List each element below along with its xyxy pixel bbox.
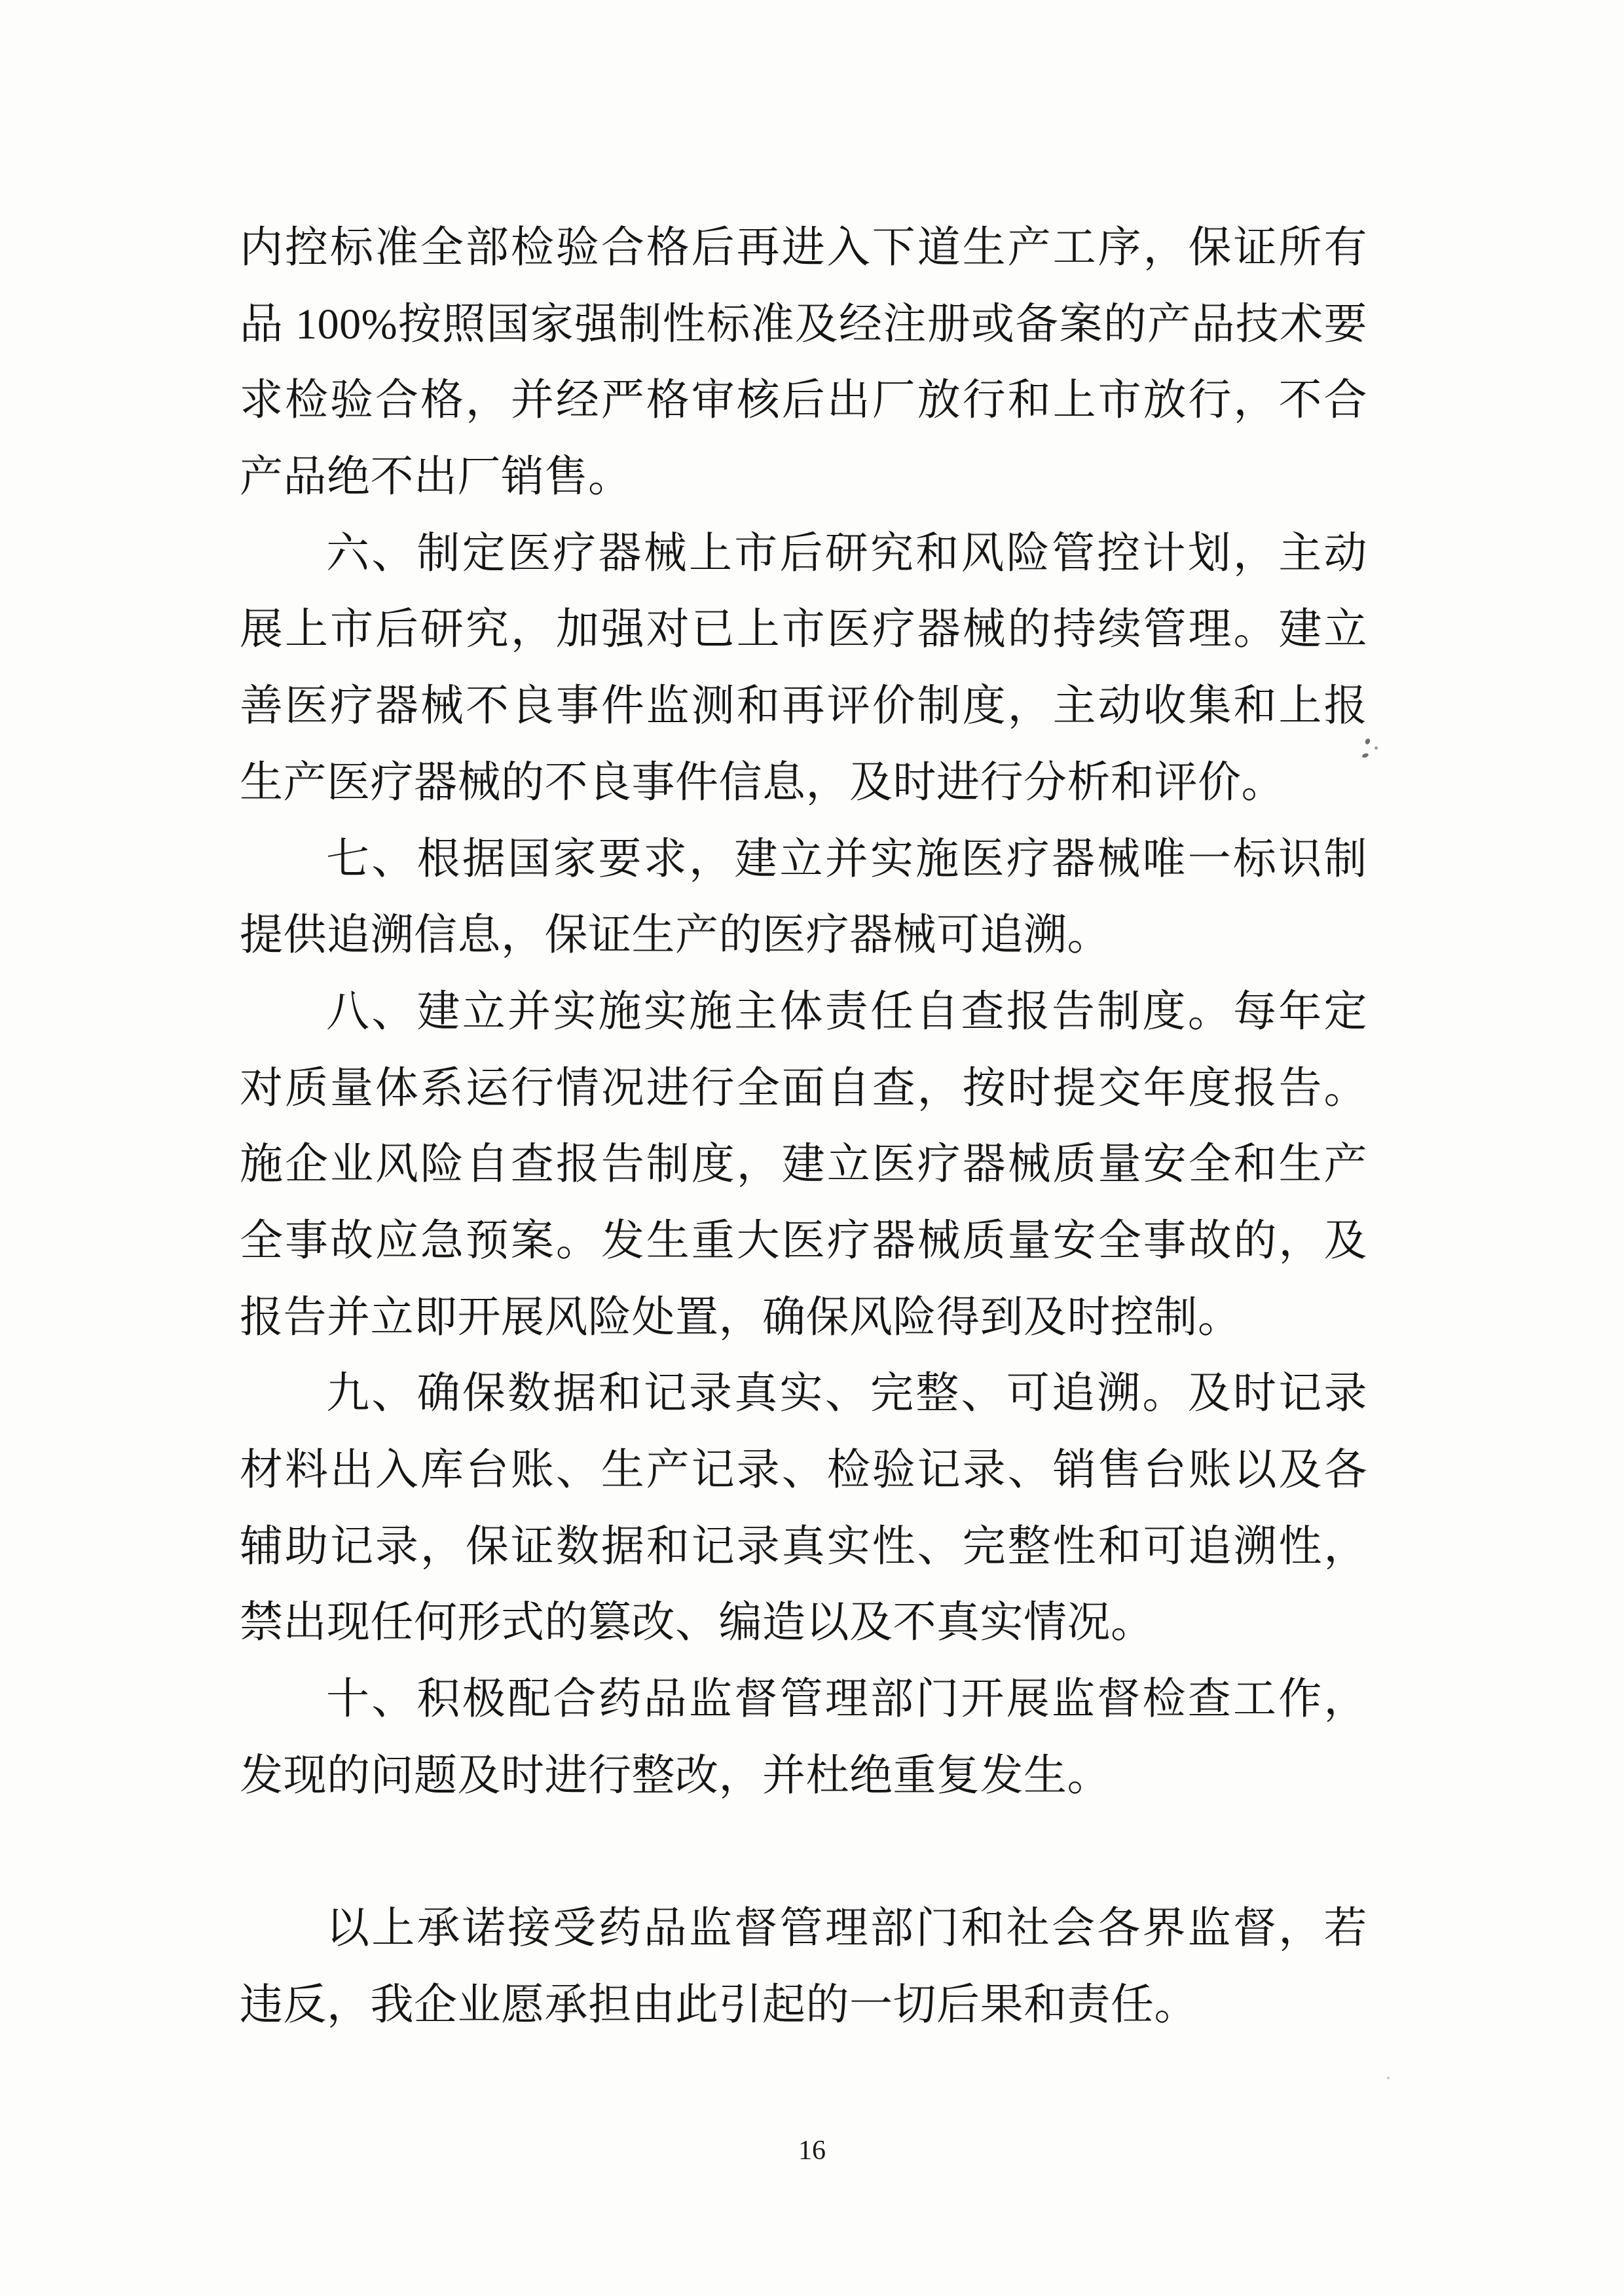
paragraph-item-10: 十、积极配合药品监督管理部门开展监督检查工作，对 发现的问题及时进行整改，并杜绝… [240, 1662, 1367, 1814]
paragraph-item-7: 七、根据国家要求，建立并实施医疗器械唯一标识制度， 提供追溯信息，保证生产的医疗… [240, 822, 1367, 974]
text-line: 求检验合格，并经严格审核后出厂放行和上市放行，不合格 [240, 363, 1367, 439]
text-line: 生产医疗器械的不良事件信息，及时进行分析和评价。 [240, 745, 1367, 822]
text-line: 施企业风险自查报告制度，建立医疗器械质量安全和生产安 [240, 1127, 1367, 1203]
text-line: 违反，我企业愿承担由此引起的一切后果和责任。 [240, 1967, 1367, 2044]
paragraph-closing-pledge: 以上承诺接受药品监督管理部门和社会各界监督，若有 违反，我企业愿承担由此引起的一… [240, 1891, 1367, 2043]
text-line: 提供追溯信息，保证生产的医疗器械可追溯。 [240, 898, 1367, 974]
text-line: 对质量体系运行情况进行全面自查，按时提交年度报告。实 [240, 1051, 1367, 1127]
text-line: 报告并立即开展风险处置，确保风险得到及时控制。 [240, 1280, 1367, 1357]
paragraph-item-9: 九、确保数据和记录真实、完整、可追溯。及时记录原 材料出入库台账、生产记录、检验… [240, 1356, 1367, 1662]
text-line: 辅助记录，保证数据和记录真实性、完整性和可追溯性，严 [240, 1509, 1367, 1586]
text-line: 八、建立并实施实施主体责任自查报告制度。每年定期 [240, 974, 1367, 1051]
scan-speckle [1387, 2077, 1390, 2079]
text-line: 以上承诺接受药品监督管理部门和社会各界监督，若有 [240, 1891, 1367, 1967]
text-line: 九、确保数据和记录真实、完整、可追溯。及时记录原 [240, 1356, 1367, 1432]
paragraph-item-6: 六、制定医疗器械上市后研究和风险管控计划，主动开 展上市后研究，加强对已上市医疗… [240, 516, 1367, 822]
page-number: 16 [0, 2136, 1624, 2166]
document-text: 内控标准全部检验合格后再进入下道生产工序，保证所有成 品 100%按照国家强制性… [240, 210, 1367, 2044]
scanned-document-page: 内控标准全部检验合格后再进入下道生产工序，保证所有成 品 100%按照国家强制性… [0, 0, 1624, 2296]
paragraph-continuation: 内控标准全部检验合格后再进入下道生产工序，保证所有成 品 100%按照国家强制性… [240, 210, 1367, 516]
text-line: 材料出入库台账、生产记录、检验记录、销售台账以及各类 [240, 1432, 1367, 1509]
text-line: 十、积极配合药品监督管理部门开展监督检查工作，对 [240, 1662, 1367, 1738]
text-line: 产品绝不出厂销售。 [240, 439, 1367, 516]
text-line: 七、根据国家要求，建立并实施医疗器械唯一标识制度， [240, 822, 1367, 898]
scan-speckle [1375, 746, 1378, 750]
text-line: 发现的问题及时进行整改，并杜绝重复发生。 [240, 1738, 1367, 1815]
text-line: 六、制定医疗器械上市后研究和风险管控计划，主动开 [240, 516, 1367, 592]
text-line: 善医疗器械不良事件监测和再评价制度，主动收集和上报所 [240, 668, 1367, 745]
text-line: 禁出现任何形式的篡改、编造以及不真实情况。 [240, 1585, 1367, 1662]
text-line: 内控标准全部检验合格后再进入下道生产工序，保证所有成 [240, 210, 1367, 287]
text-line: 全事故应急预案。发生重大医疗器械质量安全事故的，及时 [240, 1203, 1367, 1280]
paragraph-item-8: 八、建立并实施实施主体责任自查报告制度。每年定期 对质量体系运行情况进行全面自查… [240, 974, 1367, 1356]
text-line: 展上市后研究，加强对已上市医疗器械的持续管理。建立完 [240, 592, 1367, 668]
text-line: 品 100%按照国家强制性标准及经注册或备案的产品技术要 [240, 287, 1367, 363]
